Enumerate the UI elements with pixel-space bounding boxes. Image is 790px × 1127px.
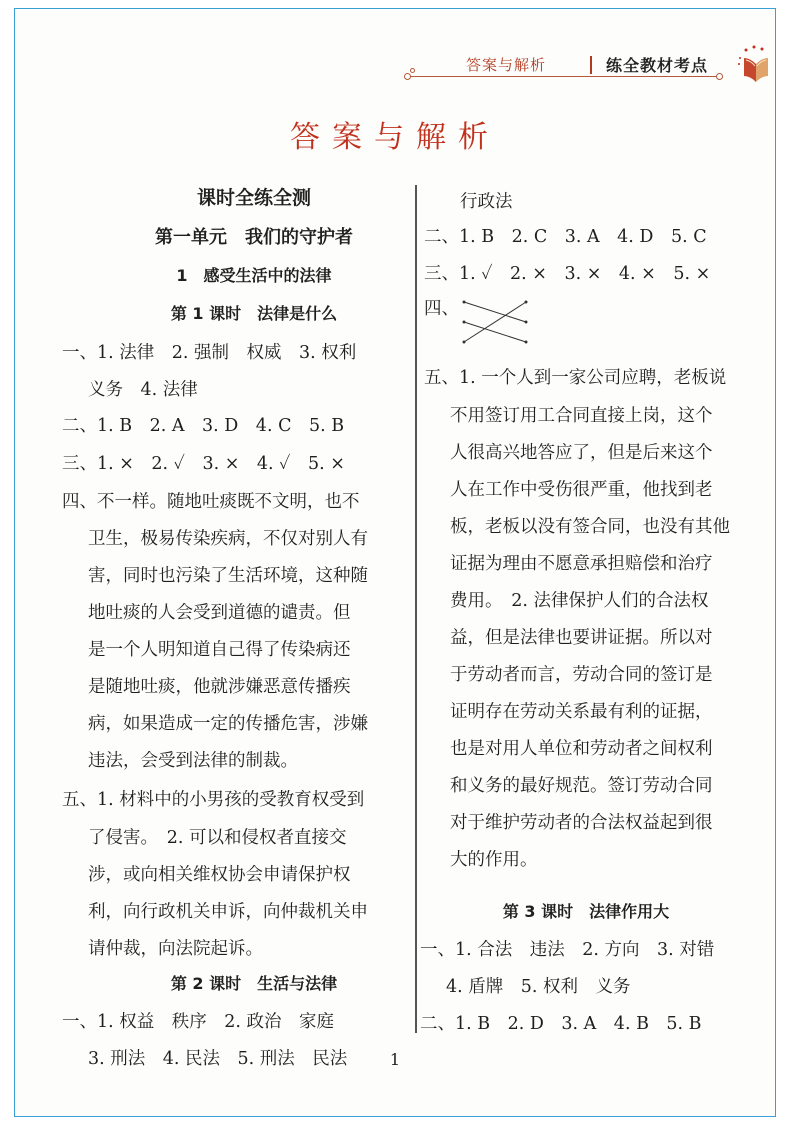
answer-line: 四、不一样。随地吐痰既不文明，也不 [62, 490, 360, 514]
header-ornament [716, 73, 723, 80]
answer-line: 三、1. × 2. ✓ 3. × 4. ✓ 5. × [62, 452, 345, 476]
answer-line: 大的作用。 [450, 848, 538, 872]
header-section-label: 答案与解析 [466, 54, 546, 75]
answer-line: 人很高兴地答应了，但是后来这个 [450, 441, 713, 465]
answer-line: 证明存在劳动关系最有利的证据， [450, 700, 713, 724]
answer-line: 四、 [424, 297, 459, 321]
answer-line: 病，如果造成一定的传播危害，涉嫌 [88, 712, 368, 736]
answer-line: 也是对用人单位和劳动者之间权利 [450, 737, 713, 761]
answer-line: 三、1. ✓ 2. × 3. × 4. × 5. × [424, 262, 710, 286]
answer-line: 行政法 [460, 190, 513, 214]
column-divider [415, 185, 417, 1033]
answer-line: 二、1. B 2. A 3. D 4. C 5. B [62, 414, 344, 438]
matching-lines-diagram [462, 300, 532, 344]
answer-line: 卫生，极易传染疾病，不仅对别人有 [88, 527, 368, 551]
answer-line: 请仲裁，向法院起诉。 [88, 937, 263, 961]
answer-line: 人在工作中受伤很严重，他找到老 [450, 478, 713, 502]
answer-line: 五、1. 材料中的小男孩的受教育权受到 [62, 788, 364, 812]
lesson-title: 第 2 课时 生活与法律 [98, 972, 410, 996]
answer-line: 一、1. 法律 2. 强制 权威 3. 权利 [62, 341, 356, 365]
answer-line: 二、1. B 2. C 3. A 4. D 5. C [424, 225, 707, 249]
answer-line: 4. 盾牌 5. 权利 义务 [446, 975, 631, 999]
answer-line: 利，向行政机关申诉，向仲裁机关申 [88, 900, 368, 924]
answer-line: 二、1. B 2. D 3. A 4. B 5. B [420, 1012, 702, 1036]
answer-line: 是随地吐痰，他就涉嫌恶意传播疾 [88, 675, 351, 699]
page-number: 1 [0, 1050, 790, 1069]
answer-line: 证据为理由不愿意承担赔偿和治疗 [450, 552, 713, 576]
answer-line: 益，但是法律也要讲证据。所以对 [450, 626, 713, 650]
page-title: 答案与解析 [0, 112, 790, 156]
answer-line: 了侵害。 2. 可以和侵权者直接交 [88, 826, 347, 850]
answer-line: 一、1. 合法 违法 2. 方向 3. 对错 [420, 938, 714, 962]
answer-line: 一、1. 权益 秩序 2. 政治 家庭 [62, 1010, 334, 1034]
answer-line: 涉，或向相关维权协会申请保护权 [88, 863, 351, 887]
running-header: 答案与解析 练全教材考点 [398, 52, 778, 92]
answer-line: 地吐痰的人会受到道德的谴责。但 [88, 601, 351, 625]
lesson-title: 第 1 课时 法律是什么 [98, 302, 410, 326]
answer-line: 对于维护劳动者的合法权益起到很 [450, 811, 713, 835]
answer-line: 不用签订用工合同直接上岗，这个 [450, 404, 713, 428]
answer-line: 五、1. 一个人到一家公司应聘，老板说 [424, 366, 726, 390]
answer-line: 和义务的最好规范。签订劳动合同 [450, 774, 713, 798]
header-series-label: 练全教材考点 [606, 53, 708, 76]
unit-title: 第一单元 我们的守护者 [98, 226, 410, 250]
answer-line: 违法，会受到法律的制裁。 [88, 749, 298, 773]
open-book-icon [734, 44, 778, 84]
header-ornament [410, 68, 415, 73]
chapter-title: 1 感受生活中的法律 [98, 264, 410, 288]
answer-line: 害，同时也污染了生活环境，这种随 [88, 564, 368, 588]
header-ornament [404, 73, 411, 80]
header-rule [410, 76, 720, 77]
section-title: 课时全练全测 [98, 186, 410, 210]
header-separator [590, 56, 592, 74]
answer-line: 费用。 2. 法律保护人们的合法权 [450, 589, 709, 613]
answer-line: 于劳动者而言，劳动合同的签订是 [450, 663, 713, 687]
answer-line: 板，老板以没有签合同，也没有其他 [450, 515, 730, 539]
answer-line: 是一个人明知道自己得了传染病还 [88, 638, 351, 662]
answer-line: 义务 4. 法律 [88, 378, 198, 402]
lesson-title: 第 3 课时 法律作用大 [430, 900, 742, 924]
